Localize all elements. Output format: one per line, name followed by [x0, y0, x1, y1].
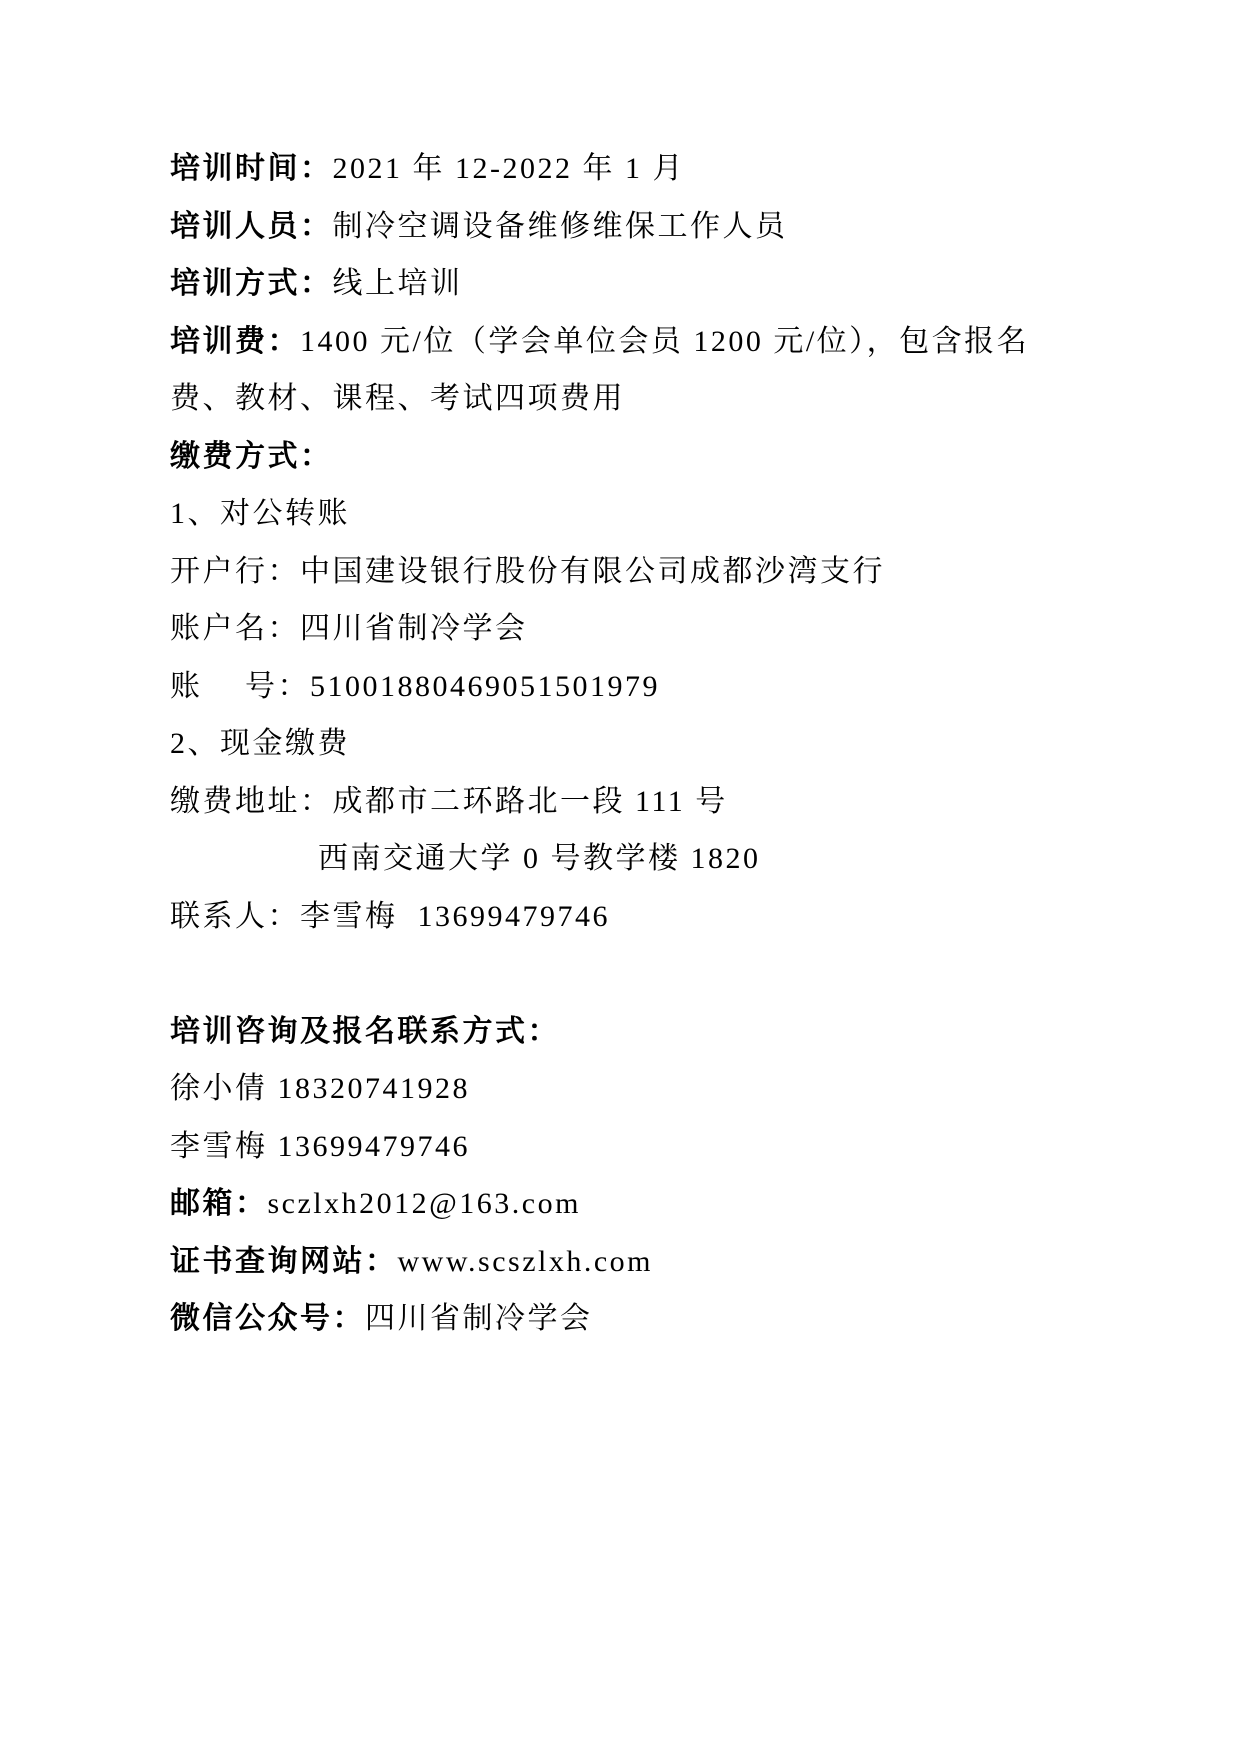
- payment-address-line: 缴费地址：成都市二环路北一段 111 号: [170, 773, 1180, 831]
- payment-method-heading: 缴费方式：: [170, 428, 1180, 486]
- account-name-value: 账户名：四川省制冷学会: [170, 612, 528, 645]
- cert-website-value: www.scszlxh.com: [398, 1245, 654, 1278]
- payment-method-label: 缴费方式：: [170, 440, 333, 473]
- account-name-line: 账户名：四川省制冷学会: [170, 600, 1180, 658]
- payment-address-value-2: 西南交通大学 0 号教学楼 1820: [318, 842, 761, 875]
- training-fee-label: 培训费：: [170, 325, 300, 358]
- training-method-line: 培训方式：线上培训: [170, 255, 1180, 313]
- account-number-value: 账 号：51001880469051501979: [170, 670, 660, 703]
- training-method-label: 培训方式：: [170, 267, 333, 300]
- bank-value: 开户行：中国建设银行股份有限公司成都沙湾支行: [170, 555, 885, 588]
- bank-line: 开户行：中国建设银行股份有限公司成都沙湾支行: [170, 543, 1180, 601]
- email-value: sczlxh2012@163.com: [268, 1187, 581, 1220]
- training-staff-line: 培训人员：制冷空调设备维修维保工作人员: [170, 198, 1180, 256]
- training-time-line: 培训时间：2021 年 12-2022 年 1 月: [170, 140, 1180, 198]
- cert-website-label: 证书查询网站：: [170, 1245, 398, 1278]
- training-time-label: 培训时间：: [170, 152, 333, 185]
- wechat-account-value: 四川省制冷学会: [365, 1302, 593, 1335]
- contact-person-line: 联系人：李雪梅 13699479746: [170, 888, 1180, 946]
- payment-address-line-2: 西南交通大学 0 号教学楼 1820: [170, 830, 1180, 888]
- document-page: 培训时间：2021 年 12-2022 年 1 月 培训人员：制冷空调设备维修维…: [0, 0, 1240, 1753]
- email-line: 邮箱：sczlxh2012@163.com: [170, 1175, 1180, 1233]
- payment-option-transfer-value: 1、对公转账: [170, 497, 350, 530]
- email-label: 邮箱：: [170, 1187, 268, 1220]
- document-content: 培训时间：2021 年 12-2022 年 1 月 培训人员：制冷空调设备维修维…: [170, 140, 1180, 1348]
- contact-xu-line: 徐小倩 18320741928: [170, 1060, 1180, 1118]
- training-fee-line: 培训费：1400 元/位（学会单位会员 1200 元/位），包含报名: [170, 313, 1180, 371]
- contact-person-value: 联系人：李雪梅 13699479746: [170, 900, 610, 933]
- training-method-value: 线上培训: [333, 267, 463, 300]
- account-number-line: 账 号：51001880469051501979: [170, 658, 1180, 716]
- training-staff-value: 制冷空调设备维修维保工作人员: [333, 210, 788, 243]
- consultation-heading: 培训咨询及报名联系方式：: [170, 1003, 1180, 1061]
- contact-li-value: 李雪梅 13699479746: [170, 1130, 470, 1163]
- contact-li-line: 李雪梅 13699479746: [170, 1118, 1180, 1176]
- consultation-heading-label: 培训咨询及报名联系方式：: [170, 1015, 560, 1048]
- training-staff-label: 培训人员：: [170, 210, 333, 243]
- contact-xu-value: 徐小倩 18320741928: [170, 1072, 470, 1105]
- payment-option-cash-value: 2、现金缴费: [170, 727, 350, 760]
- training-fee-value: 1400 元/位（学会单位会员 1200 元/位），包含报名: [300, 325, 1029, 358]
- wechat-account-label: 微信公众号：: [170, 1302, 365, 1335]
- blank-line: [170, 945, 1180, 1003]
- payment-option-transfer-line: 1、对公转账: [170, 485, 1180, 543]
- training-fee-continuation-value: 费、教材、课程、考试四项费用: [170, 382, 625, 415]
- training-fee-continuation-line: 费、教材、课程、考试四项费用: [170, 370, 1180, 428]
- cert-website-line: 证书查询网站：www.scszlxh.com: [170, 1233, 1180, 1291]
- training-time-value: 2021 年 12-2022 年 1 月: [333, 152, 686, 185]
- payment-option-cash-line: 2、现金缴费: [170, 715, 1180, 773]
- payment-address-value: 缴费地址：成都市二环路北一段 111 号: [170, 785, 728, 818]
- wechat-account-line: 微信公众号：四川省制冷学会: [170, 1290, 1180, 1348]
